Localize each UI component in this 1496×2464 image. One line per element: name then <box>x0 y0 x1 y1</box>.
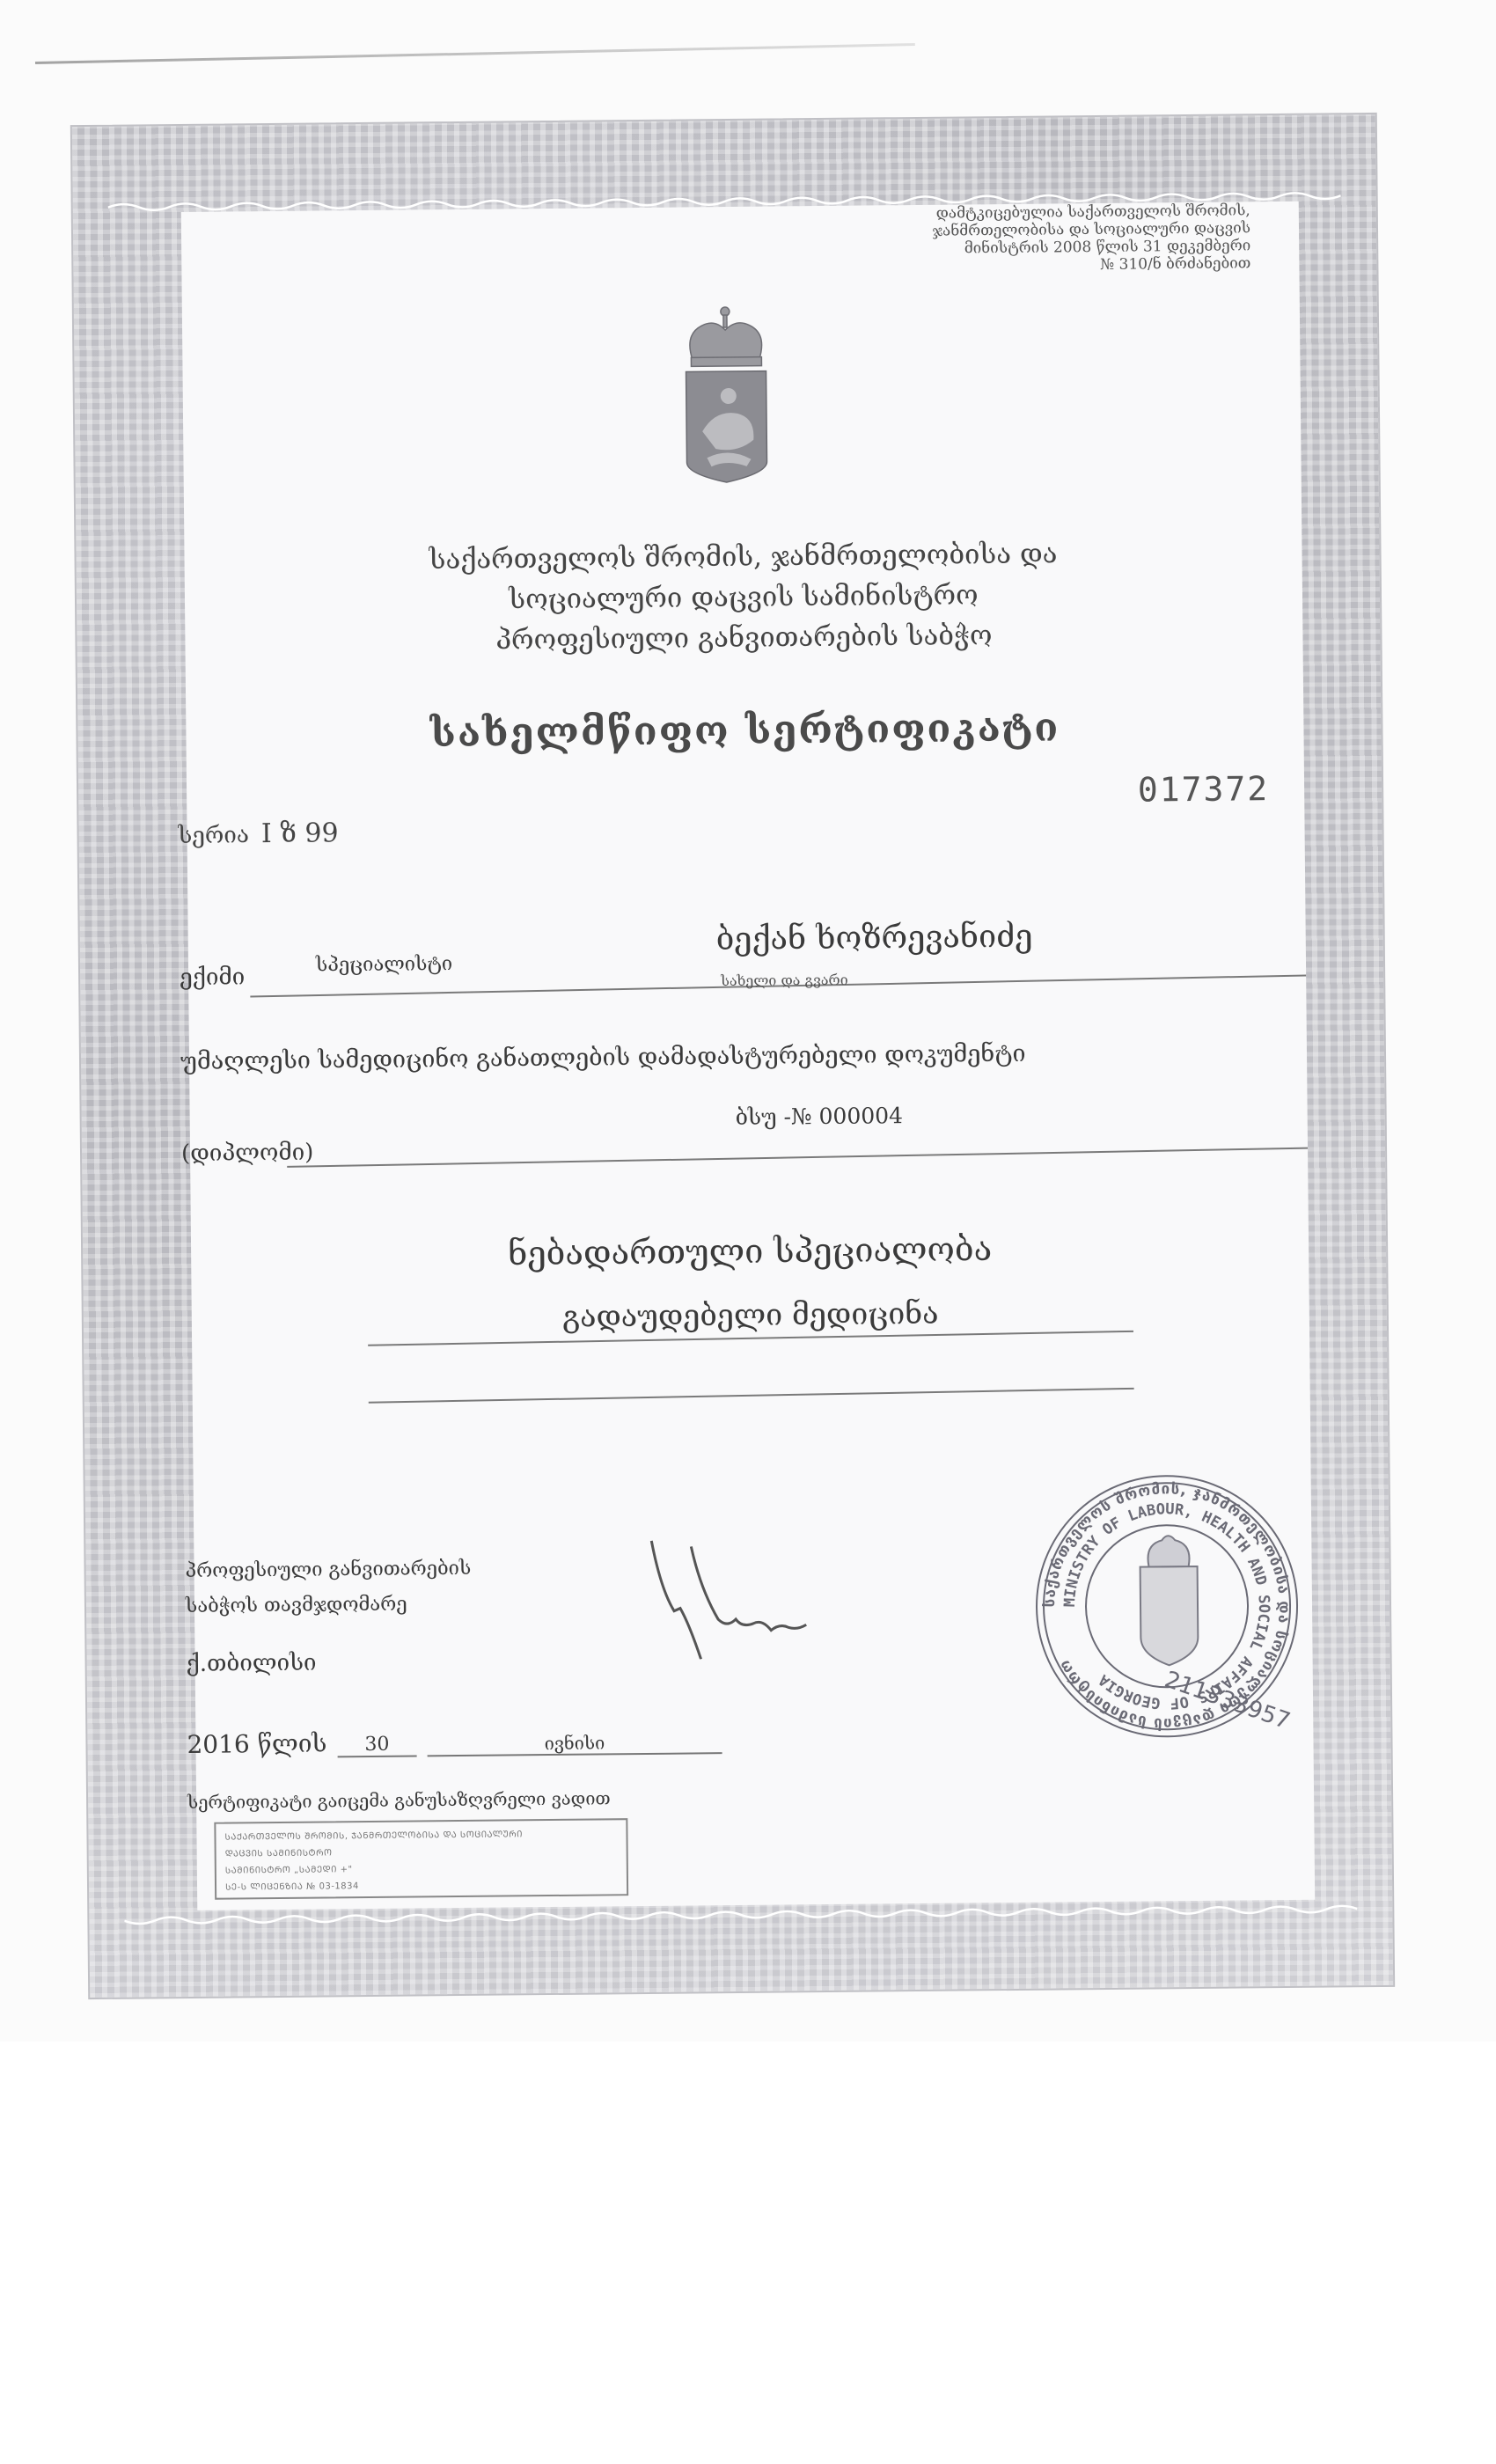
diploma-label: (დიპლომი) <box>181 1140 314 1167</box>
certificate: დამტკიცებულია საქართველოს შრომის, ჯანმრთ… <box>70 113 1395 1999</box>
diploma-number: ბსუ -№ 000004 <box>736 1103 904 1130</box>
validity-note: სერტიფიკატი გაიცემა განუსაზღვრელი ვადით <box>187 1787 611 1813</box>
series-value: I ზ 99 <box>261 818 339 849</box>
approval-note: დამტკიცებულია საქართველოს შრომის, ჯანმრთ… <box>881 202 1251 275</box>
specialty-title: ნებადართული სპეციალობა <box>191 1227 1309 1276</box>
printer-info-box: ᲡᲐᲥᲐᲠᲗᲕᲔᲚᲝᲡ ᲨᲠᲝᲛᲘᲡ, ᲯᲐᲜᲛᲠᲗᲔᲚᲝᲑᲘᲡᲐ ᲓᲐ ᲡᲝᲪ… <box>214 1818 628 1900</box>
doctor-type: სპეციალისტი <box>316 953 452 976</box>
serial-number: 017372 <box>1138 769 1270 809</box>
scan-artifact-line <box>35 43 915 64</box>
doctor-label: ექიმი <box>180 964 245 991</box>
coat-of-arms-icon <box>675 298 778 484</box>
date-day: 30 <box>337 1733 416 1757</box>
specialty-value: გადაუდებელი მედიცინა <box>192 1293 1309 1338</box>
diploma-underline <box>287 1148 1308 1168</box>
specialty-underline-2 <box>369 1388 1134 1404</box>
city: ქ.თბილისი <box>186 1650 316 1677</box>
signatory-line: პროფესიული განვითარების <box>185 1551 471 1589</box>
series-label: სერია <box>178 822 249 849</box>
approval-note-line: № 310/ნ ბრძანებით <box>881 254 1250 275</box>
official-stamp-icon: საქართველოს შრომის, ჯანმრთელობისა და სოც… <box>1030 1469 1305 1744</box>
doctor-full-name: ბექან ხოზრევანიძე <box>716 919 1033 957</box>
date-month: ივნისი <box>427 1731 722 1756</box>
issuing-authority: საქართველოს შრომის, ჯანმრთელობისა და სოც… <box>184 532 1302 664</box>
signatory-line: საბჭოს თავმჯდომარე <box>186 1587 472 1624</box>
name-caption: სახელი და გვარი <box>721 972 848 989</box>
date-year: 2016 წლის <box>187 1728 326 1759</box>
certificate-body: დამტკიცებულია საქართველოს შრომის, ჯანმრთ… <box>181 202 1315 1910</box>
certificate-title: სახელმწიფო სერტიფიკატი <box>186 703 1303 759</box>
series: სერიაI ზ 99 <box>178 818 338 850</box>
issue-date: 2016 წლის 30 ივნისი <box>187 1725 722 1759</box>
signature <box>634 1535 810 1660</box>
printer-info-line: ᲡᲔ-Ს ᲚᲘᲪᲔᲜᲖᲘᲐ № 03-1834 <box>225 1875 618 1896</box>
scanned-page: დამტკიცებულია საქართველოს შრომის, ჯანმრთ… <box>0 0 1496 2042</box>
signatory-title: პროფესიული განვითარების საბჭოს თავმჯდომა… <box>185 1551 471 1624</box>
education-document-label: უმაღლესი სამედიცინო განათლების დამადასტუ… <box>180 1040 1026 1075</box>
